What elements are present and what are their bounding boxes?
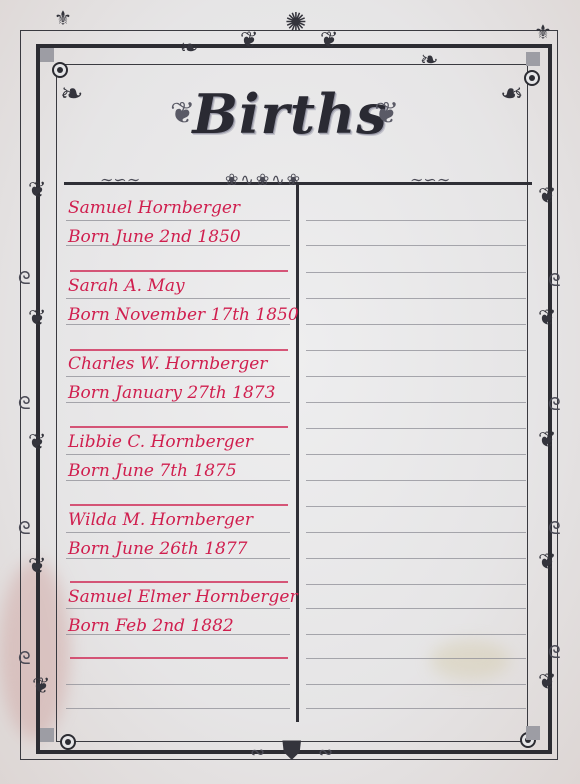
rosette-icon bbox=[524, 70, 540, 86]
ivy-leaf-icon: ❧ bbox=[180, 38, 198, 60]
birth-entry: Charles W. Hornberger Born January 27th … bbox=[68, 354, 300, 403]
birth-entry: Samuel Elmer Hornberger Born Feb 2nd 188… bbox=[68, 587, 300, 636]
entry-birth-date: Born Feb 2nd 1882 bbox=[68, 616, 300, 636]
page-title: Births bbox=[180, 82, 400, 146]
ivy-leaf-icon: ❧ bbox=[60, 80, 83, 108]
fleur-icon: ⚜ bbox=[54, 8, 72, 28]
birth-entry: Sarah A. May Born November 17th 1850 bbox=[68, 276, 300, 325]
entry-birth-date: Born June 7th 1875 bbox=[68, 461, 300, 481]
scroll-flourish: ∼∽∼ bbox=[100, 172, 140, 188]
scroll-flourish: ᘓ bbox=[18, 395, 31, 413]
corner-block bbox=[526, 52, 540, 66]
shield-crest-icon: ⛊ bbox=[282, 738, 302, 764]
entry-birth-date: Born June 26th 1877 bbox=[68, 539, 300, 559]
ivy-leaf-icon: ❦ bbox=[28, 432, 46, 454]
entry-birth-date: Born January 27th 1873 bbox=[68, 383, 300, 403]
rosette-icon bbox=[52, 62, 68, 78]
entry-name: Wilda M. Hornberger bbox=[68, 510, 300, 530]
entry-name: Sarah A. May bbox=[68, 276, 300, 296]
fleur-icon: ⚜ bbox=[534, 22, 552, 42]
ivy-leaf-icon: ❦ bbox=[28, 556, 46, 578]
scroll-flourish: ᘓ bbox=[18, 520, 31, 538]
ivy-leaf-icon: ❦ bbox=[28, 180, 46, 202]
scroll-flourish: ᘓ bbox=[18, 650, 31, 668]
entry-name: Charles W. Hornberger bbox=[68, 354, 300, 374]
vine-ornament: ❀∿❀∿❀ bbox=[225, 172, 302, 188]
entry-separator bbox=[70, 270, 288, 272]
scroll-flourish: ∾ bbox=[250, 744, 265, 762]
ivy-leaf-icon: ❦ bbox=[28, 308, 46, 330]
scroll-flourish: ᘓ bbox=[548, 272, 561, 290]
scroll-flourish: ∾ bbox=[318, 744, 333, 762]
ivy-leaf-icon: ❦ bbox=[538, 430, 556, 452]
ivy-leaf-icon: ❦ bbox=[320, 30, 338, 52]
family-record-page: ✺ ❦ ❦ ❧ ❧ ⛊ ∾ ∾ ❦ ❦ ❦ ❦ ❦ ᘓ ᘓ ᘓ ᘓ ❦ ❦ ❦ … bbox=[0, 0, 580, 784]
ivy-leaf-icon: ❦ bbox=[538, 672, 556, 694]
title-flourish-right: ❦ bbox=[374, 96, 399, 131]
scroll-flourish: ∼∽∼ bbox=[410, 172, 450, 188]
ivy-leaf-icon: ❦ bbox=[538, 186, 556, 208]
corner-block bbox=[40, 728, 54, 742]
ivy-leaf-icon: ❦ bbox=[240, 30, 258, 52]
entry-separator bbox=[70, 349, 288, 351]
birth-entry: Samuel Hornberger Born June 2nd 1850 bbox=[68, 198, 300, 247]
ivy-leaf-icon: ❦ bbox=[32, 676, 50, 698]
entry-name: Libbie C. Hornberger bbox=[68, 432, 300, 452]
inner-frame bbox=[56, 64, 528, 742]
rosette-icon bbox=[60, 734, 76, 750]
entry-separator bbox=[70, 426, 288, 428]
ivy-leaf-icon: ❧ bbox=[420, 50, 438, 72]
scroll-flourish: ᘓ bbox=[548, 644, 561, 662]
entry-name: Samuel Elmer Hornberger bbox=[68, 587, 300, 607]
birth-entry: Wilda M. Hornberger Born June 26th 1877 bbox=[68, 510, 300, 559]
ivy-leaf-icon: ❧ bbox=[500, 80, 523, 108]
sunflower-icon: ✺ bbox=[285, 10, 307, 36]
scroll-flourish: ᘓ bbox=[548, 520, 561, 538]
scroll-flourish: ᘓ bbox=[18, 270, 31, 288]
entry-birth-date: Born November 17th 1850 bbox=[68, 305, 300, 325]
entry-birth-date: Born June 2nd 1850 bbox=[68, 227, 300, 247]
entry-name: Samuel Hornberger bbox=[68, 198, 300, 218]
entry-separator bbox=[70, 504, 288, 506]
entry-separator bbox=[70, 657, 288, 659]
scroll-flourish: ᘓ bbox=[548, 396, 561, 414]
corner-block bbox=[526, 726, 540, 740]
entry-separator bbox=[70, 581, 288, 583]
ivy-leaf-icon: ❦ bbox=[538, 552, 556, 574]
birth-entry: Libbie C. Hornberger Born June 7th 1875 bbox=[68, 432, 300, 481]
corner-block bbox=[40, 48, 54, 62]
ivy-leaf-icon: ❦ bbox=[538, 308, 556, 330]
